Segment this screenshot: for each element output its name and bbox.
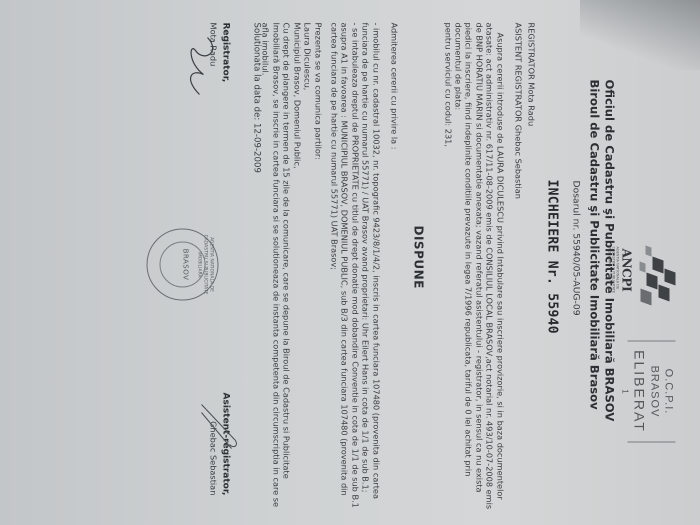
appeal-text: Cu drept de plangere in termen de 15 zil… xyxy=(261,23,293,518)
ancpi-logo: ANCPI AGENTIA NATIONALA DE CADASTRU SI P… xyxy=(608,219,678,309)
service-code-paragraph: pentru serviciul cu codul: 231, xyxy=(443,23,454,518)
stamp-line3: 1 xyxy=(619,342,629,442)
stamp-line1: O.C.P.I. BRASOV xyxy=(647,342,675,442)
registrar-role: Registrator, xyxy=(221,23,231,83)
admission-line: Admiterea cererii cu privire la : xyxy=(389,23,400,150)
dispune-heading: DISPUNE xyxy=(410,226,425,289)
request-paragraph: Asupra cererii introduse de LAURA DICULE… xyxy=(453,23,506,518)
registrar-line: REGISTRATOR Mota Radu xyxy=(526,23,537,127)
stamp-line2: ELIBERAT xyxy=(629,342,647,442)
party: Municipiul Brasov, Domeniul Public, xyxy=(292,23,303,518)
office-heading: Oficiul de Cadastru şi Publicitate Imobi… xyxy=(602,80,617,422)
resolution-date: Solutionata la data de: 12-09-2009 xyxy=(251,23,262,173)
seal-center-text: BRASOV xyxy=(181,230,190,300)
logo-name: ANCPI xyxy=(618,249,633,292)
communication-block: Prezenta se va comunica partilor: Laura … xyxy=(261,23,324,518)
file-number: Dosarul nr. 55940/05-AUG-09 xyxy=(570,181,582,316)
assistant-registrar-line: ASISTENT REGISTRATOR Ghebac Sebastian xyxy=(513,23,524,200)
communication-intro: Prezenta se va comunica partilor: xyxy=(313,23,324,518)
decision-item: - se intabuleaza dreptul de PROPRIETATE … xyxy=(329,23,361,518)
eliberat-stamp: O.C.P.I. BRASOV ELIBERAT 1 xyxy=(628,341,676,443)
assistant-signature-block: Asistent-registrator, Ghebac Sebastian xyxy=(208,393,231,496)
bureau-heading: Biroul de Cadastru şi Publicitate Imobil… xyxy=(587,80,602,410)
assistant-signature xyxy=(198,401,238,461)
party: Laura Diculescu, xyxy=(303,23,314,518)
decision-item: - imobilul cu nr. cadastral 10032, nr. t… xyxy=(361,23,382,518)
decision-items: - imobilul cu nr. cadastral 10032, nr. t… xyxy=(329,23,382,518)
document-page: ANCPI AGENTIA NATIONALA DE CADASTRU SI P… xyxy=(0,1,700,525)
registrar-signature-block: Registrator, Mota Radu xyxy=(208,23,231,83)
document-title: INCHEIERE Nr. 55940 xyxy=(543,180,560,334)
registrar-signature xyxy=(178,33,218,103)
official-seal: AGENTIA NATIONALA DE CADASTRU SI PUBLICI… xyxy=(147,229,219,301)
